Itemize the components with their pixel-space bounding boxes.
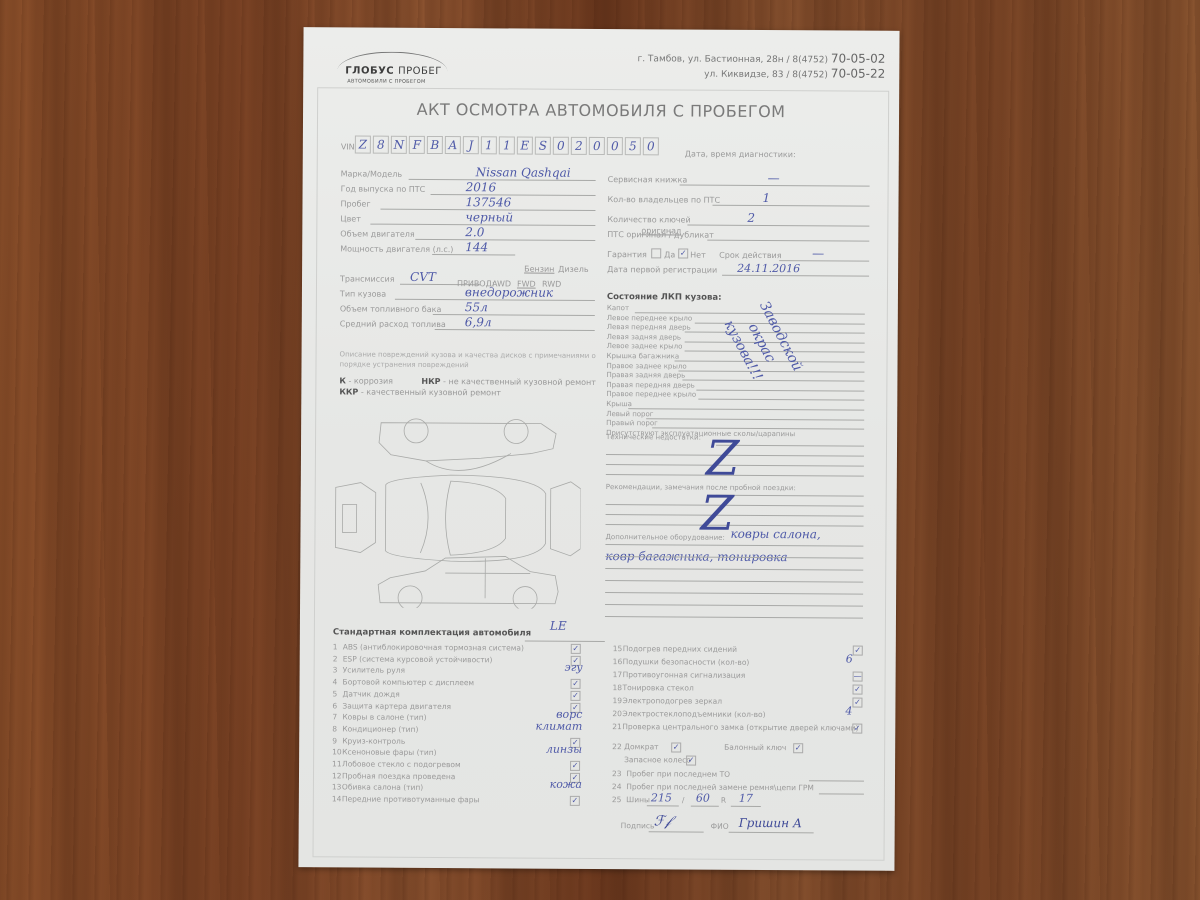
- equipment-checkbox[interactable]: —: [853, 672, 863, 682]
- logo-subtitle: АВТОМОБИЛИ С ПРОБЕГОМ: [347, 78, 425, 84]
- extra-equipment-block: Дополнительное оборудование: ковры салон…: [605, 534, 863, 544]
- item-22-number: 22: [612, 742, 622, 751]
- legend-nkr: НКР - не качественный кузовной ремонт: [421, 377, 596, 387]
- field-row: Сервисная книжка —: [608, 171, 870, 187]
- vin-char-box[interactable]: 2: [571, 137, 587, 155]
- address-2: ул. Киквидзе, 83 / 8(4752): [704, 70, 828, 81]
- equipment-checkbox[interactable]: ✓: [571, 644, 581, 654]
- vin-boxes: Z8NFBAJ11ES020050: [355, 136, 661, 156]
- field-value[interactable]: 144: [465, 240, 488, 254]
- legend-k: К - коррозия: [339, 376, 393, 385]
- field-row: Год выпуска по ПТС 2016: [341, 180, 596, 196]
- wrench-checkbox[interactable]: ✓: [793, 743, 803, 753]
- fio-value: Гришин А: [739, 816, 802, 830]
- vin-char-box[interactable]: 0: [643, 137, 659, 155]
- equipment-checkbox[interactable]: ✓: [853, 685, 863, 695]
- vin-char-box[interactable]: E: [517, 136, 533, 154]
- warranty-term-value: —: [812, 246, 824, 260]
- field-value[interactable]: черный: [465, 210, 513, 224]
- warranty-term-label: Срок действия: [719, 251, 781, 260]
- fio-label: ФИО: [711, 822, 729, 831]
- item-23: 23 Пробег при последнем ТО: [612, 769, 730, 779]
- field-value[interactable]: 2.0: [465, 225, 484, 239]
- vin-char-box[interactable]: N: [391, 136, 407, 154]
- standard-equipment-title: Стандартная комплектация автомобиля: [333, 627, 531, 638]
- jack-checkbox[interactable]: ✓: [671, 742, 681, 752]
- warranty-no-checkbox[interactable]: ✓: [678, 248, 688, 258]
- form-title: АКТ ОСМОТРА АВТОМОБИЛЯ С ПРОБЕГОМ: [303, 99, 899, 122]
- vin-char-box[interactable]: 5: [625, 137, 641, 155]
- warranty-no-label: Нет: [690, 251, 706, 260]
- field-label: Кол-во владельцев по ПТС: [607, 195, 720, 205]
- equipment-checkbox[interactable]: ✓: [571, 679, 581, 689]
- lkp-title: Состояние ЛКП кузова:: [607, 292, 722, 303]
- vin-char-box[interactable]: S: [535, 137, 551, 155]
- extra-equipment-line-1[interactable]: ковры салона,: [730, 527, 820, 542]
- field-value[interactable]: —: [768, 171, 780, 185]
- field-label: Средний расход топлива: [340, 319, 446, 329]
- spare-wheel-checkbox[interactable]: ✓: [686, 756, 696, 766]
- vin-char-box[interactable]: A: [445, 136, 461, 154]
- field-label: Марка/Модель: [341, 169, 402, 178]
- field-label: Мощность двигателя (л.с.): [340, 244, 453, 254]
- equipment-item: 14 Передние противотуманные фары✓: [332, 792, 582, 805]
- recommendations-value: Z: [700, 490, 734, 538]
- warranty-label: Гарантия: [607, 250, 647, 259]
- inspection-form-sheet: ГЛОБУС ПРОБЕГ АВТОМОБИЛИ С ПРОБЕГОМ г. Т…: [298, 27, 899, 871]
- vin-char-box[interactable]: F: [409, 136, 425, 154]
- equipment-checkbox[interactable]: ✓: [570, 761, 580, 771]
- field-label: Объем топливного бака: [340, 304, 442, 314]
- field-label: Цвет: [340, 214, 361, 223]
- field-value[interactable]: 2: [747, 211, 755, 225]
- field-value[interactable]: 137546: [465, 195, 511, 209]
- field-row: Мощность двигателя (л.с.) 144: [340, 240, 595, 256]
- field-label: Трансмиссия: [340, 274, 395, 283]
- field-label: Год выпуска по ПТС: [341, 184, 426, 194]
- logo-main-light: ПРОБЕГ: [398, 66, 442, 77]
- vin-char-box[interactable]: 0: [553, 137, 569, 155]
- field-value[interactable]: Nissan Qashqai: [476, 165, 571, 180]
- spare-wheel-label: Запасное колесо: [624, 755, 691, 764]
- field-value[interactable]: 1: [762, 191, 770, 205]
- vehicle-fields: Марка/Модель Nissan QashqaiГод выпуска п…: [304, 27, 900, 31]
- equipment-value[interactable]: линзы: [546, 743, 582, 756]
- tire-profile: 60: [696, 792, 710, 805]
- signature-label: Подпись: [621, 821, 655, 830]
- first-registration-value: 24.11.2016: [737, 262, 800, 275]
- first-registration-row: Дата первой регистрации 24.11.2016: [607, 261, 869, 277]
- tire-r-label: R: [721, 796, 726, 805]
- equipment-checkbox[interactable]: ✓: [853, 646, 863, 656]
- equipment-item: 21 Проверка центрального замка (открытие…: [612, 720, 864, 735]
- vin-char-box[interactable]: Z: [355, 136, 371, 154]
- tire-width: 215: [651, 791, 672, 804]
- field-label: Пробег: [340, 199, 370, 208]
- phone-2: 70-05-22: [831, 66, 886, 80]
- vin-char-box[interactable]: 1: [481, 136, 497, 154]
- equipment-value[interactable]: кожа: [550, 778, 582, 791]
- equipment-checkbox[interactable]: ✓: [852, 698, 862, 708]
- vin-char-box[interactable]: 0: [589, 137, 605, 155]
- document-fields: Сервисная книжка —Кол-во владельцев по П…: [304, 27, 900, 31]
- field-value[interactable]: CVT: [410, 270, 436, 284]
- equipment-value[interactable]: 6: [846, 653, 853, 666]
- field-value[interactable]: 2016: [466, 180, 497, 194]
- equipment-value[interactable]: климат: [535, 720, 582, 733]
- field-row: Количество ключей 2: [607, 211, 869, 227]
- signature-scribble: ℱ𝒻: [654, 813, 671, 829]
- vin-char-box[interactable]: B: [427, 136, 443, 154]
- phone-1: 70-05-02: [831, 51, 886, 65]
- equipment-value[interactable]: эгу: [565, 661, 583, 674]
- technical-defects-value: Z: [706, 435, 740, 483]
- item-25: 25 Шины: [612, 795, 650, 804]
- vin-char-box[interactable]: 8: [373, 136, 389, 154]
- diagnostic-date-label: Дата, время диагностики:: [685, 150, 796, 160]
- jack-label: Домкрат: [624, 742, 658, 751]
- field-row: Объем двигателя 2.0: [340, 225, 595, 241]
- field-row: Кол-во владельцев по ПТС 1: [607, 191, 869, 207]
- tire-radius: 17: [739, 792, 753, 805]
- field-row: Марка/Модель Nissan Qashqai: [341, 165, 596, 181]
- address-1: г. Тамбов, ул. Бастионная, 28н / 8(4752): [637, 54, 828, 65]
- warranty-row: Гарантия Да ✓ Нет Срок действия —: [607, 246, 869, 262]
- trim-level: LE: [550, 619, 567, 633]
- field-row: Цвет черный: [340, 210, 595, 226]
- vin-char-box[interactable]: 0: [607, 137, 623, 155]
- warranty-yes-checkbox[interactable]: [651, 248, 661, 258]
- car-body-diagram: [330, 412, 581, 609]
- first-registration-label: Дата первой регистрации: [607, 265, 717, 275]
- equipment-checkbox[interactable]: ✓: [570, 796, 580, 806]
- field-label: Количество ключей: [607, 215, 690, 225]
- vin-label: VIN: [341, 142, 355, 151]
- damage-description-note: Описание повреждений кузова и качества д…: [339, 349, 601, 371]
- company-addresses: г. Тамбов, ул. Бастионная, 28н / 8(4752)…: [637, 51, 885, 83]
- wrench-label: Балонный ключ: [724, 743, 786, 752]
- vin-char-box[interactable]: 1: [499, 136, 515, 154]
- equipment-checkbox[interactable]: ✓: [570, 691, 580, 701]
- legend-kkr: ККР - качественный кузовной ремонт: [339, 387, 501, 397]
- warranty-yes-label: Да: [664, 250, 675, 259]
- item-24: 24 Пробег при последней замене ремня\цеп…: [612, 782, 814, 792]
- company-logo: ГЛОБУС ПРОБЕГ АВТОМОБИЛИ С ПРОБЕГОМ: [333, 45, 453, 86]
- logo-main-text: ГЛОБУС: [345, 65, 394, 76]
- field-label: Тип кузова: [340, 289, 386, 298]
- recommendations-block: Рекомендации, замечания после пробной по…: [606, 484, 864, 494]
- vin-char-box[interactable]: J: [463, 136, 479, 154]
- equipment-checkbox[interactable]: ✓: [852, 724, 862, 734]
- field-row: Пробег 137546: [340, 195, 595, 211]
- field-label: Сервисная книжка: [608, 175, 688, 184]
- equipment-value[interactable]: 4: [845, 705, 852, 718]
- field-label: Объем двигателя: [340, 229, 415, 238]
